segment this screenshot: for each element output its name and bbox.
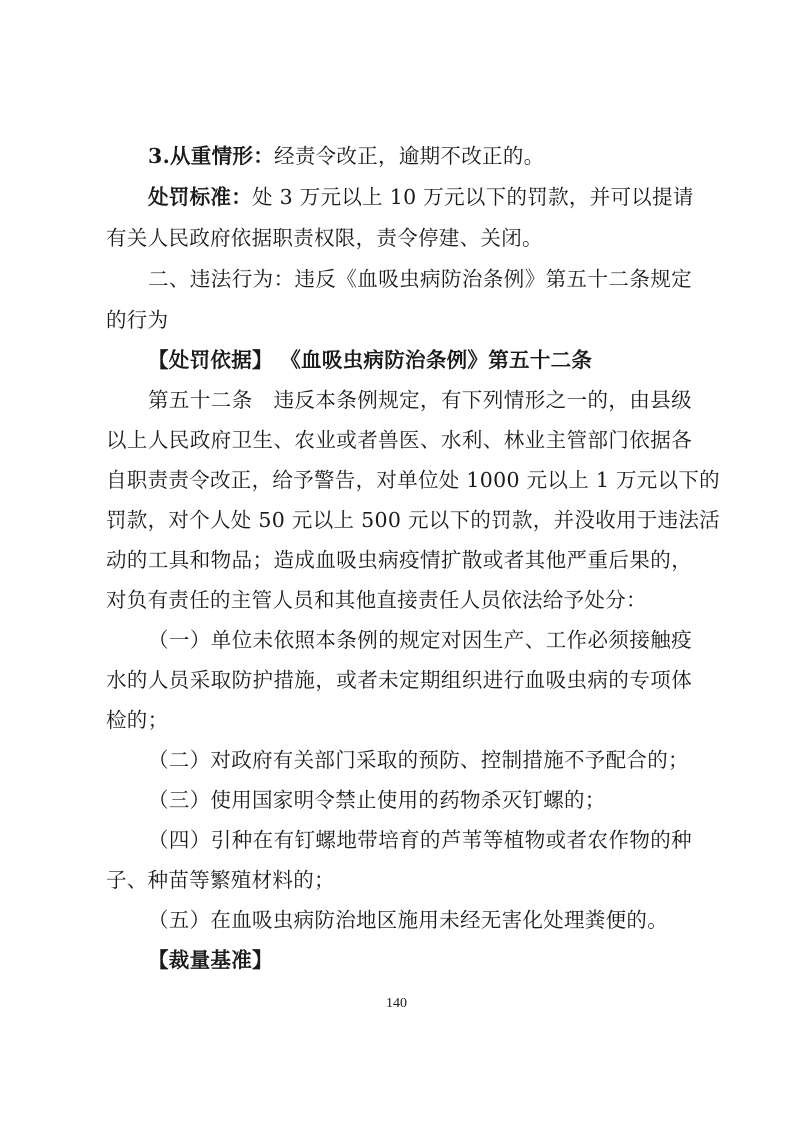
- aggravated-circumstance-text: 经责令改正，逾期不改正的。: [274, 144, 544, 168]
- clause-4-line: 子、种苗等繁殖材料的；: [106, 867, 335, 893]
- clause-3-line: （三）使用国家明令禁止使用的药物杀灭钉螺的；: [148, 787, 606, 813]
- penalty-standard-label: 处罚标准：: [148, 185, 252, 209]
- violation-heading-continuation: 的行为: [106, 307, 168, 333]
- discretion-standard-heading: 【裁量基准】: [148, 947, 273, 973]
- penalty-basis-heading: 【处罚依据】 《血吸虫病防治条例》第五十二条: [148, 347, 592, 373]
- article-52-line: 罚款，对个人处 50 元以上 500 元以下的罚款，并没收用于违法活: [106, 507, 692, 533]
- clause-2-line: （二）对政府有关部门采取的预防、控制措施不予配合的；: [148, 747, 689, 773]
- clause-5-line: （五）在血吸虫病防治地区施用未经无害化处理粪便的。: [148, 907, 668, 933]
- clause-4-line: （四）引种在有钉螺地带培育的芦苇等植物或者农作物的种: [148, 827, 692, 853]
- penalty-standard-line: 处罚标准：处 3 万元以上 10 万元以下的罚款，并可以提请: [148, 184, 692, 210]
- article-52-line: 动的工具和物品；造成血吸虫病疫情扩散或者其他严重后果的，: [106, 547, 692, 573]
- penalty-standard-text: 处 3 万元以上 10 万元以下的罚款，并可以提请: [252, 185, 694, 209]
- clause-1-line: 检的；: [106, 707, 168, 733]
- article-52-line: 对负有责任的主管人员和其他直接责任人员依法给予处分：: [106, 587, 647, 613]
- violation-heading-line: 二、违法行为：违反《血吸虫病防治条例》第五十二条规定: [148, 266, 692, 292]
- aggravated-circumstance-label: 3.从重情形：: [148, 144, 274, 168]
- clause-1-line: （一）单位未依照本条例的规定对因生产、工作必须接触疫: [148, 627, 692, 653]
- article-52-line: 自职责责令改正，给予警告，对单位处 1000 元以上 1 万元以下的: [106, 467, 692, 493]
- page-number: 140: [0, 996, 793, 1012]
- article-52-line: 第五十二条 违反本条例规定，有下列情形之一的，由县级: [148, 387, 692, 413]
- clause-1-line: 水的人员采取防护措施，或者未定期组织进行血吸虫病的专项体: [106, 667, 692, 693]
- aggravated-circumstance-line: 3.从重情形：经责令改正，逾期不改正的。: [148, 143, 544, 169]
- paragraph-line: 有关人民政府依据职责权限，责令停建、关闭。: [106, 225, 543, 251]
- article-52-line: 以上人民政府卫生、农业或者兽医、水利、林业主管部门依据各: [106, 427, 692, 453]
